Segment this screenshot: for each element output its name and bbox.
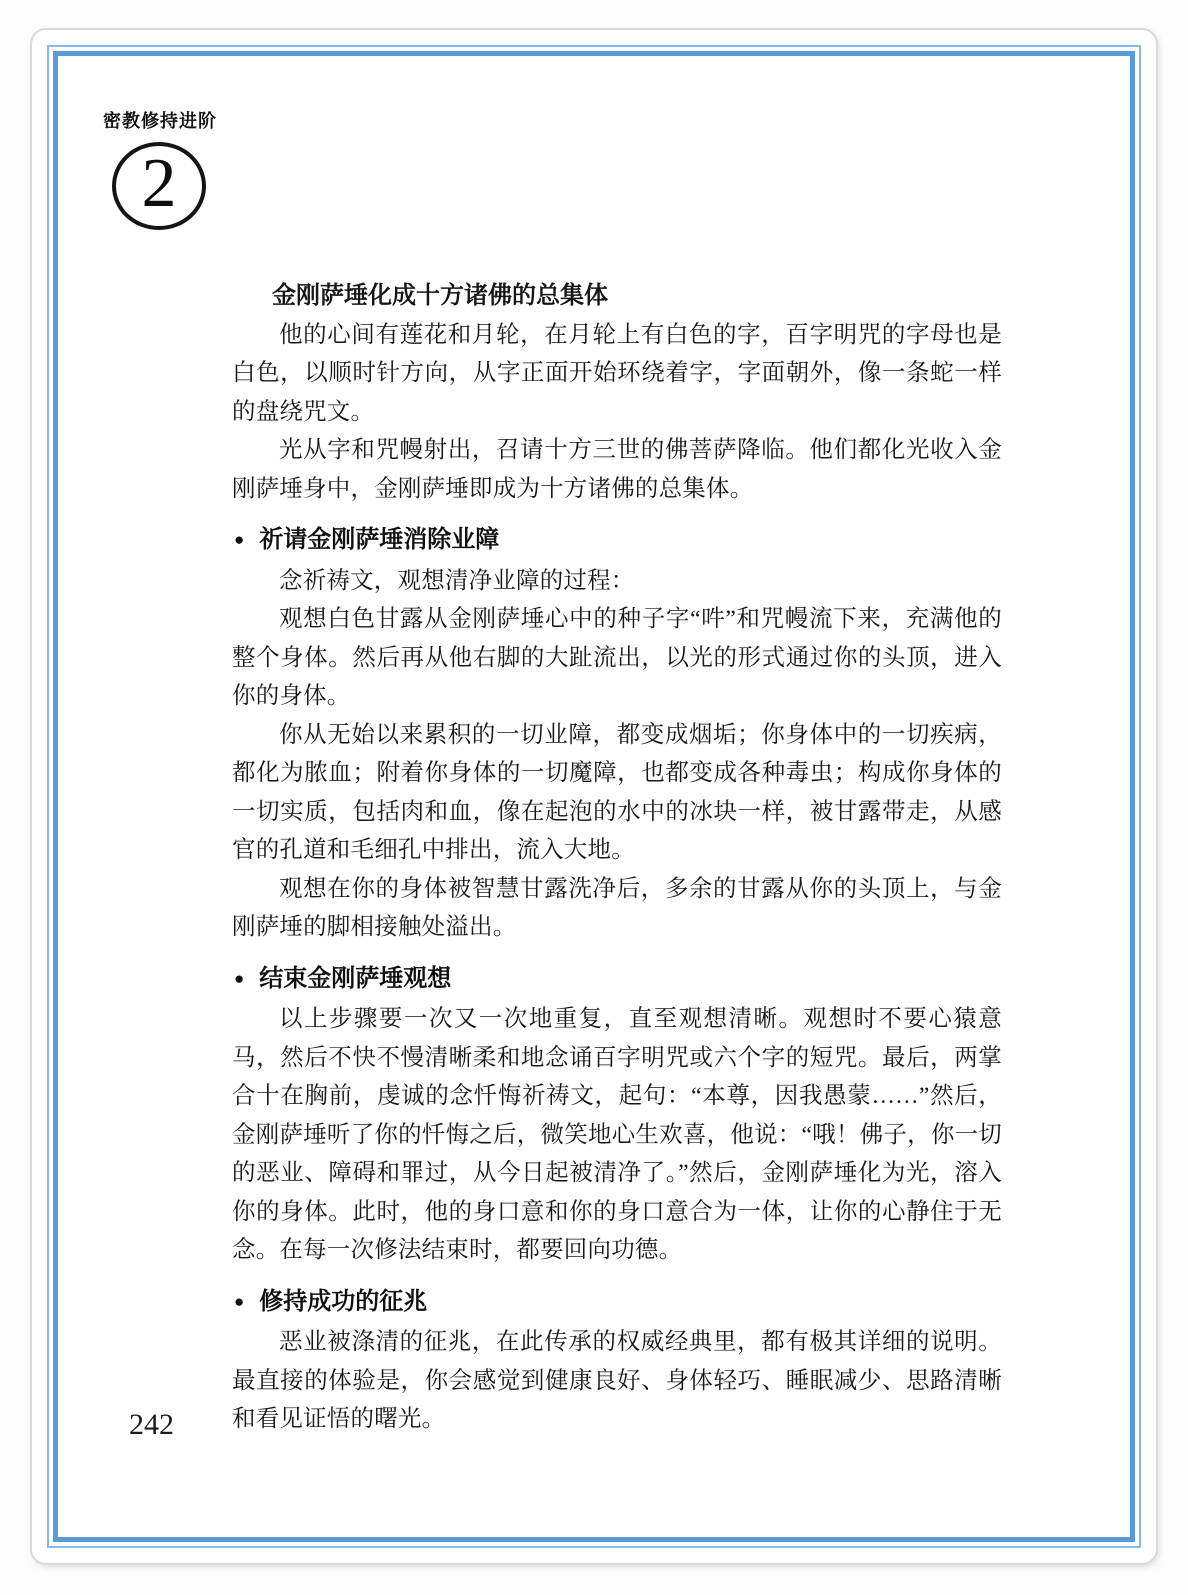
bullet-icon: ● [234, 1283, 244, 1322]
series-tag: 密教修持进阶 [103, 107, 217, 133]
section-title-signs-of-success: ● 修持成功的征兆 [232, 1283, 1002, 1324]
section-title-text: 结束金刚萨埵观想 [259, 960, 451, 999]
paragraph: 光从字和咒幔射出，召请十方三世的佛菩萨降临。他们都化光收入金刚萨埵身中，金刚萨埵… [232, 431, 1002, 508]
section-title-text: 修持成功的征兆 [259, 1283, 427, 1322]
paragraph: 恶业被涤清的征兆，在此传承的权威经典里，都有极其详细的说明。最直接的体验是，你会… [232, 1323, 1002, 1439]
paragraph: 他的心间有莲花和月轮，在月轮上有白色的字，百字明咒的字母也是白色，以顺时针方向，… [232, 316, 1002, 432]
paragraph: 以上步骤要一次又一次地重复，直至观想清晰。观想时不要心猿意马，然后不快不慢清晰柔… [232, 1000, 1002, 1270]
paragraph: 观想在你的身体被智慧甘露洗净后，多余的甘露从你的头顶上，与金刚萨埵的脚相接触处溢… [232, 870, 1002, 947]
chapter-number-badge: 2 [112, 142, 206, 230]
section-title-conclude-visualization: ● 结束金刚萨埵观想 [232, 960, 1002, 1001]
paragraph: 念祈祷文，观想清净业障的过程： [232, 562, 1002, 601]
main-text-column: 金刚萨埵化成十方诸佛的总集体 他的心间有莲花和月轮，在月轮上有白色的字，百字明咒… [232, 277, 1002, 1439]
section-title-text: 祈请金刚萨埵消除业障 [259, 521, 499, 560]
chapter-number: 2 [142, 149, 177, 219]
scanned-book-page: 密教修持进阶 2 金刚萨埵化成十方诸佛的总集体 他的心间有莲花和月轮，在月轮上有… [0, 0, 1188, 1595]
intro-heading: 金刚萨埵化成十方诸佛的总集体 [232, 277, 1002, 316]
paragraph: 观想白色甘露从金刚萨埵心中的种子字“吽”和咒幔流下来，充满他的整个身体。然后再从… [232, 600, 1002, 716]
paragraph: 你从无始以来累积的一切业障，都变成烟垢；你身体中的一切疾病，都化为脓血；附着你身… [232, 716, 1002, 870]
page-card: 密教修持进阶 2 金刚萨埵化成十方诸佛的总集体 他的心间有莲花和月轮，在月轮上有… [30, 28, 1158, 1565]
bullet-icon: ● [234, 960, 244, 999]
page-number: 242 [129, 1408, 174, 1442]
section-title-purification: ● 祈请金刚萨埵消除业障 [232, 521, 1002, 562]
bullet-icon: ● [234, 521, 244, 560]
